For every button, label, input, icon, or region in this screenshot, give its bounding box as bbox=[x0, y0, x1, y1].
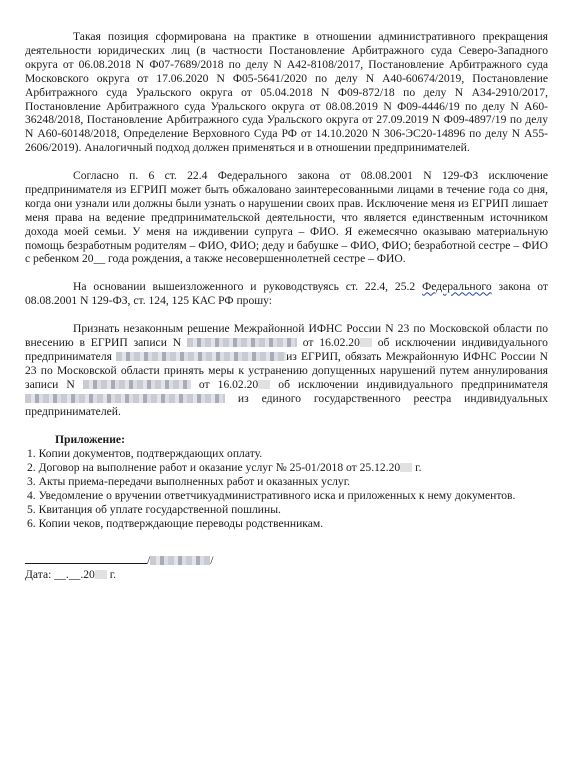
redacted-year bbox=[258, 380, 270, 389]
redacted-record-number bbox=[187, 338, 297, 347]
signature-line bbox=[25, 553, 147, 564]
paragraph-court-practice: Такая позиция сформирована на практике в… bbox=[25, 30, 548, 155]
signature-line-row: // bbox=[25, 553, 548, 568]
attachment-item: 5. Квитанция об уплате государственной п… bbox=[27, 503, 548, 517]
attachment-item: 4. Уведомление о вручении ответчикуадмин… bbox=[27, 489, 548, 503]
paragraph-request-intro: На основании вышеизложенного и руководст… bbox=[25, 280, 548, 308]
attachments-heading: Приложение: bbox=[25, 433, 548, 447]
attachment-item: 3. Акты приема-передачи выполненных рабо… bbox=[27, 475, 548, 489]
attachment-item: 1. Копии документов, подтверждающих опла… bbox=[27, 447, 548, 461]
attachments-list: 1. Копии документов, подтверждающих опла… bbox=[25, 447, 548, 530]
redacted-entrepreneur-name bbox=[25, 394, 225, 403]
redacted-entrepreneur-name bbox=[116, 352, 286, 361]
paragraph-request: Признать незаконным решение Межрайонной … bbox=[25, 322, 548, 419]
redacted-year bbox=[95, 570, 107, 579]
signature-block: // Дата: __.__.20 г. bbox=[25, 553, 548, 582]
document-page: Такая позиция сформирована на практике в… bbox=[25, 30, 548, 581]
redacted-signer-name bbox=[150, 556, 210, 565]
paragraph-legal-basis: Согласно п. 6 ст. 22.4 Федерального зако… bbox=[25, 169, 548, 266]
redacted-record-number bbox=[83, 380, 191, 389]
attachment-item: 2. Договор на выполнение работ и оказани… bbox=[27, 461, 548, 475]
spellcheck-marked-word: Федерального bbox=[422, 280, 492, 293]
redacted-year bbox=[400, 463, 412, 472]
date-row: Дата: __.__.20 г. bbox=[25, 568, 548, 582]
redacted-year bbox=[360, 338, 372, 347]
attachment-item: 6. Копии чеков, подтверждающие переводы … bbox=[27, 517, 548, 531]
